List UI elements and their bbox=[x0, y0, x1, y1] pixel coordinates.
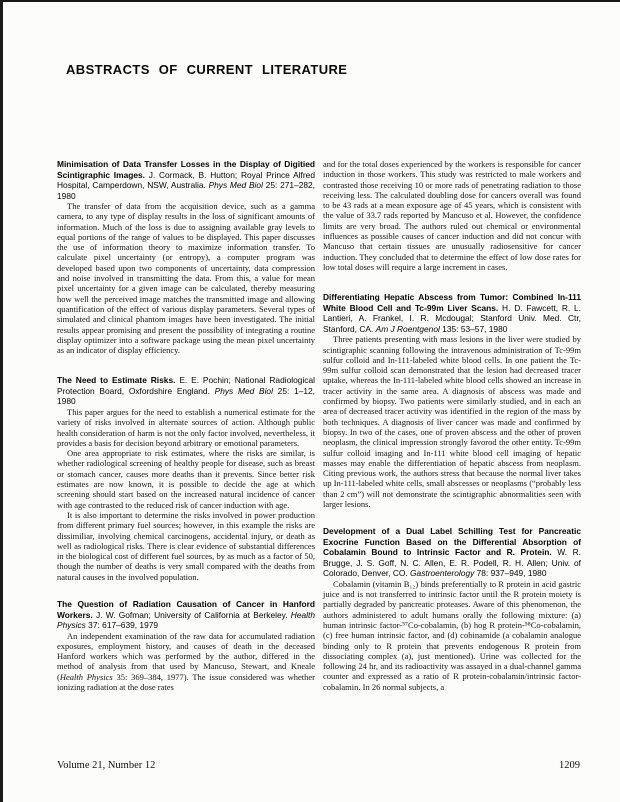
abstract-5-title: Development of a Dual Label Schilling Te… bbox=[323, 526, 581, 557]
abstract-4-paragraph: Three patients presenting with mass lesi… bbox=[323, 334, 581, 509]
footer-volume: Volume 21, Number 12 bbox=[57, 760, 155, 771]
abstract-1-paragraph: The transfer of data from the acquisitio… bbox=[57, 201, 315, 355]
abstract-1: Minimisation of Data Transfer Losses in … bbox=[57, 159, 315, 355]
abstract-2-paragraph-3: It is also important to determine the ri… bbox=[57, 510, 315, 582]
abstract-2-paragraph-2: One area appropriate to risk estimates, … bbox=[57, 448, 315, 510]
abstract-5-journal: Gastroenterology bbox=[410, 568, 474, 578]
abstract-5-citation: 78: 937–949, 1980 bbox=[474, 568, 546, 578]
abstract-3-paragraph-journal: Health Physics bbox=[60, 672, 113, 682]
abstract-4: Differentiating Hepatic Abscess from Tum… bbox=[323, 292, 581, 509]
scan-border-top bbox=[0, 0, 620, 2]
abstract-2-title: The Need to Estimate Risks. bbox=[57, 375, 175, 385]
abstract-3-authors: J. W. Gofman; University of California a… bbox=[93, 610, 291, 620]
abstract-4-journal: Am J Roentgenol bbox=[376, 324, 440, 334]
abstract-3: The Question of Radiation Causation of C… bbox=[57, 599, 315, 692]
abstract-2: The Need to Estimate Risks. E. E. Pochin… bbox=[57, 375, 315, 582]
abstract-4-heading: Differentiating Hepatic Abscess from Tum… bbox=[323, 292, 581, 334]
abstract-1-journal: Phys Med Biol bbox=[209, 180, 263, 190]
abstract-3-paragraph: An independent examination of the raw da… bbox=[57, 631, 315, 693]
scan-border-left bbox=[0, 0, 3, 802]
abstract-3-citation: 37: 617–639, 1979 bbox=[86, 620, 158, 630]
page-title: ABSTRACTS OF CURRENT LITERATURE bbox=[66, 62, 347, 77]
footer-page-number: 1209 bbox=[559, 760, 580, 771]
abstract-3-continuation-paragraph: and for the total doses experienced by t… bbox=[323, 159, 581, 272]
journal-abstract-page: { "page": { "title": "ABSTRACTS OF CURRE… bbox=[0, 0, 620, 802]
abstract-2-paragraph-1: This paper argues for the need to establ… bbox=[57, 407, 315, 448]
abstract-2-heading: The Need to Estimate Risks. E. E. Pochin… bbox=[57, 375, 315, 407]
column-right: and for the total doses experienced by t… bbox=[323, 159, 581, 692]
column-left: Minimisation of Data Transfer Losses in … bbox=[57, 159, 315, 692]
abstract-5-paragraph: Cobalamin (vitamin B₁₂) binds preferenti… bbox=[323, 579, 581, 692]
abstract-1-heading: Minimisation of Data Transfer Losses in … bbox=[57, 159, 315, 201]
abstract-2-journal: Phys Med Biol bbox=[215, 386, 273, 396]
abstract-4-citation: 135: 53–57, 1980 bbox=[440, 324, 508, 334]
abstract-3-heading: The Question of Radiation Causation of C… bbox=[57, 599, 315, 631]
abstract-5-heading: Development of a Dual Label Schilling Te… bbox=[323, 526, 581, 579]
abstract-5: Development of a Dual Label Schilling Te… bbox=[323, 526, 581, 692]
